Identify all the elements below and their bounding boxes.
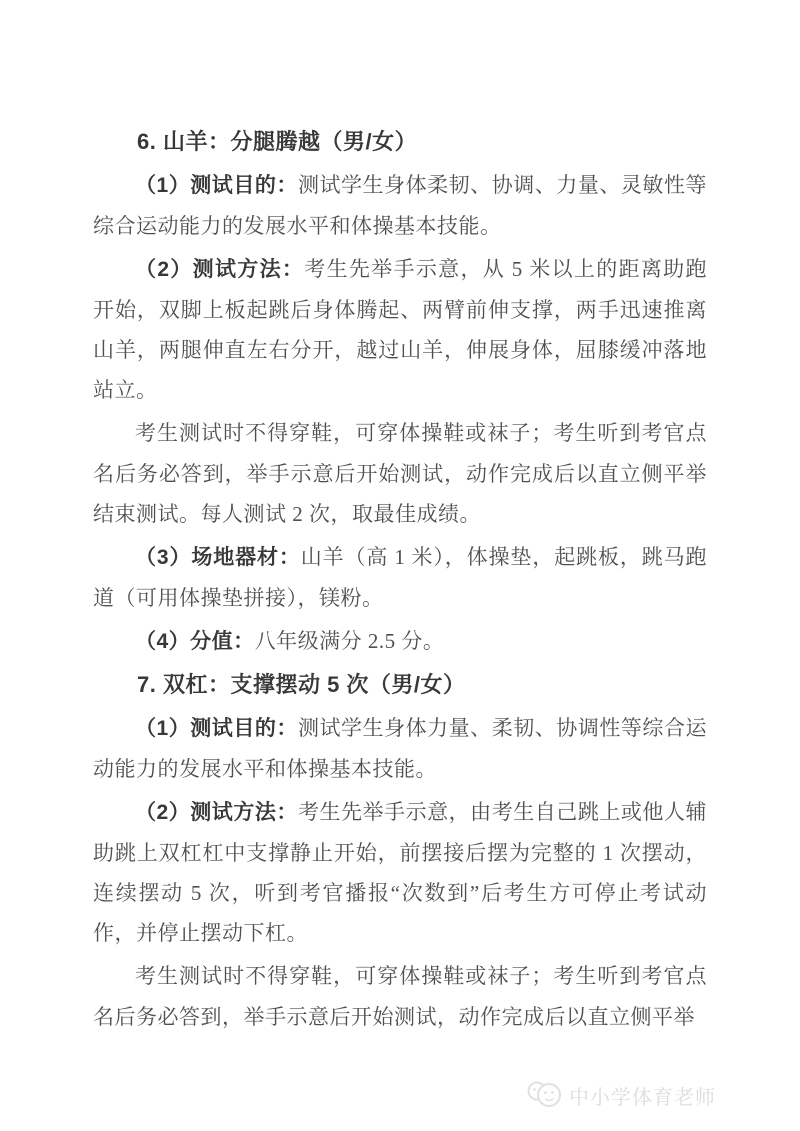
paragraph-test-rules: 考生测试时不得穿鞋，可穿体操鞋或袜子；考生听到考官点名后务必答到，举手示意后开始… [93,956,707,1037]
watermark: 中小学体育老师 [526,1080,716,1110]
paragraph-label: （1）测试目的： [135,174,298,197]
paragraph-text: 八年级满分 2.5 分。 [255,629,445,653]
section-heading: 7. 双杠：支撑摆动 5 次（男/女） [93,665,707,705]
paragraph-label: （4）分值： [135,630,255,653]
paragraph-label: （2）测试方法： [135,258,304,281]
paragraph-text: 考生测试时不得穿鞋，可穿体操鞋或袜子；考生听到考官点名后务必答到，举手示意后开始… [93,421,707,526]
paragraph-label: （2）测试方法： [135,801,298,824]
chat-faces-logo-icon [526,1080,564,1110]
section-goat-straddle-vault: 6. 山羊：分腿腾越（男/女） （1）测试目的：测试学生身体柔韧、协调、力量、灵… [93,122,707,662]
paragraph-test-purpose: （1）测试目的：测试学生身体力量、柔韧、协调性等综合运动能力的发展水平和体操基本… [93,708,707,789]
section-heading: 6. 山羊：分腿腾越（男/女） [93,122,707,162]
paragraph-test-purpose: （1）测试目的：测试学生身体柔韧、协调、力量、灵敏性等综合运动能力的发展水平和体… [93,165,707,246]
paragraph-label: （1）测试目的： [135,717,298,740]
paragraph-test-rules: 考生测试时不得穿鞋，可穿体操鞋或袜子；考生听到考官点名后务必答到，举手示意后开始… [93,413,707,534]
section-parallel-bars-swing: 7. 双杠：支撑摆动 5 次（男/女） （1）测试目的：测试学生身体力量、柔韧、… [93,665,707,1037]
paragraph-test-method: （2）测试方法：考生先举手示意，从 5 米以上的距离助跑开始，双脚上板起跳后身体… [93,249,707,410]
paragraph-equipment: （3）场地器材：山羊（高 1 米），体操垫，起跳板，跳马跑道（可用体操垫拼接），… [93,537,707,618]
document-page: 6. 山羊：分腿腾越（男/女） （1）测试目的：测试学生身体柔韧、协调、力量、灵… [93,121,707,1040]
paragraph-test-method: （2）测试方法：考生先举手示意，由考生自己跳上或他人辅助跳上双杠杠中支撑静止开始… [93,792,707,953]
paragraph-text: 考生测试时不得穿鞋，可穿体操鞋或袜子；考生听到考官点名后务必答到，举手示意后开始… [93,964,707,1029]
paragraph-score: （4）分值：八年级满分 2.5 分。 [93,621,707,662]
watermark-text: 中小学体育老师 [569,1081,716,1110]
paragraph-label: （3）场地器材： [135,546,301,569]
